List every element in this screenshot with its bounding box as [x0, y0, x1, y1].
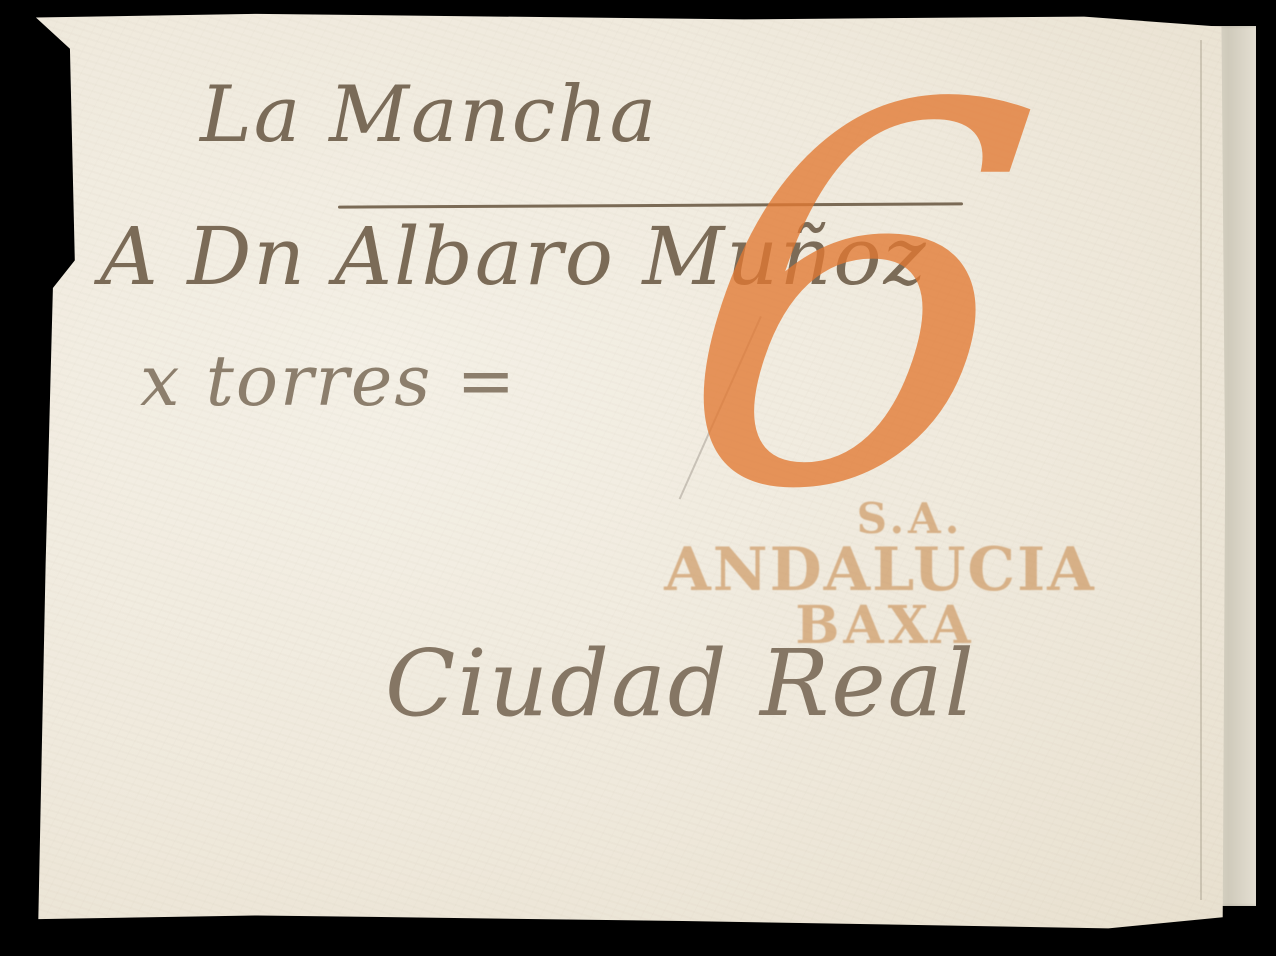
- manuscript-address-line-2: x torres =: [140, 340, 517, 422]
- manuscript-route: La Mancha: [200, 70, 658, 160]
- fold-crease: [1200, 40, 1202, 900]
- postmark-line-3: BAXA: [610, 600, 1150, 652]
